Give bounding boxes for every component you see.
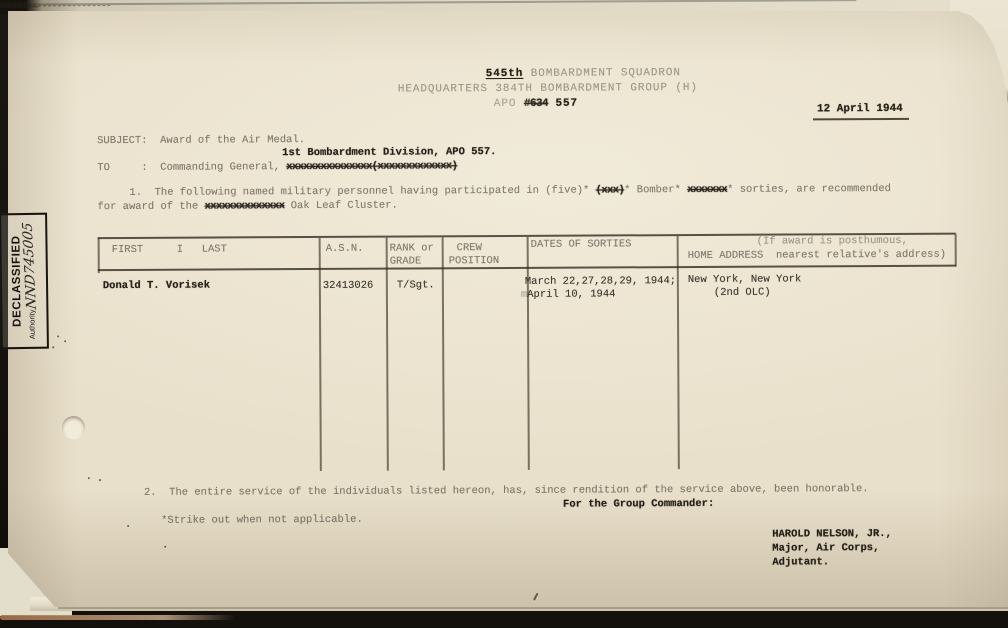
row-dates-2-line: mApril 10, 1944 xyxy=(521,288,616,301)
date-underline xyxy=(813,118,909,120)
for-commander-line: For the Group Commander: xyxy=(563,498,714,512)
col-header-crew-2: POSITION xyxy=(449,255,499,268)
apo-label: APO xyxy=(494,98,517,110)
declassified-stamp: DECLASSIFIED Authority NND745005 xyxy=(0,213,49,350)
division-insert-line: 1st Bombardment Division, APO 557. xyxy=(282,146,496,160)
apo-struck-number: #634 xyxy=(524,98,548,110)
col-header-home-2: HOME ADDRESS nearest relative's address) xyxy=(688,249,946,263)
paper-speck xyxy=(99,479,101,481)
col-header-initial: I xyxy=(177,244,183,257)
squadron-number: 545th xyxy=(486,68,524,80)
col-header-dates: DATES OF SORTIES xyxy=(531,238,632,252)
footnote-line: *Strike out when not applicable. xyxy=(161,514,363,528)
row-rank: T/Sgt. xyxy=(397,279,435,292)
squadron-line: 545th BOMBARDMENT SQUADRON xyxy=(486,67,681,81)
subject-line: SUBJECT: Award of the Air Medal. xyxy=(97,134,305,148)
date-line: 12 April 1944 xyxy=(817,103,903,116)
para1-line2-strikeout: xxxxxxxxxxxxxx xyxy=(205,200,285,212)
to-struck-text: xxxxxxxxxxxxxxx(xxxxxxxxxxxxx) xyxy=(286,160,457,173)
row-dates-overtype: m xyxy=(521,289,527,301)
col-header-first: FIRST xyxy=(112,244,144,257)
col-header-rank-2: GRADE xyxy=(390,255,422,268)
paper-speck xyxy=(57,335,59,337)
col-header-home-1: (If award is posthumous, xyxy=(757,235,908,249)
para1-text-1: 1. The following named military personne… xyxy=(129,185,595,199)
signature-title: Adjutant. xyxy=(772,556,829,569)
row-dates-2: April 10, 1944 xyxy=(527,288,615,300)
col-header-crew-1: CREW xyxy=(457,242,482,255)
paper-speck xyxy=(88,477,90,479)
row-name: Donald T. Vorisek xyxy=(103,280,210,294)
col-header-rank-1: RANK or xyxy=(390,242,434,255)
apo-line: APO #634 557 xyxy=(494,98,578,111)
paragraph-2: 2. The entire service of the individuals… xyxy=(144,483,869,500)
column-line-3 xyxy=(442,237,445,470)
row-asn: 32413026 xyxy=(323,280,373,293)
headquarters-line: HEADQUARTERS 384TH BOMBARDMENT GROUP (H) xyxy=(398,82,698,97)
para1-text-3: * sorties, are recommended xyxy=(727,183,891,196)
signature-rank: Major, Air Corps, xyxy=(772,542,879,556)
to-text: TO : Commanding General, xyxy=(97,161,286,174)
stamp-authority-line: Authority NND745005 xyxy=(23,223,38,340)
table-right-edge xyxy=(955,234,957,267)
to-line: TO : Commanding General, xxxxxxxxxxxxxxx… xyxy=(97,160,457,175)
column-line-2 xyxy=(386,238,389,471)
squadron-name-text: BOMBARDMENT SQUADRON xyxy=(531,67,681,80)
column-line-5 xyxy=(677,236,680,469)
pen-mark-slash xyxy=(533,593,538,601)
col-header-last: LAST xyxy=(202,243,227,256)
paragraph-1-line-2: for award of the xxxxxxxxxxxxxx Oak Leaf… xyxy=(97,200,397,215)
paper-speck xyxy=(164,546,166,548)
para1-line2-text-2: Oak Leaf Cluster. xyxy=(284,200,397,213)
stamp-authority-label: Authority xyxy=(27,310,36,340)
column-line-4 xyxy=(527,237,530,470)
column-line-1 xyxy=(319,238,322,471)
para1-strikeout-1: (xxx) xyxy=(596,184,625,196)
row-home-2: (2nd OLC) xyxy=(714,287,771,300)
paragraph-1-line-1: 1. The following named military personne… xyxy=(129,183,891,200)
para1-strikeout-2: xxxxxxx xyxy=(687,184,727,196)
table-left-edge xyxy=(98,238,100,273)
para1-text-2: * Bomber* xyxy=(624,184,687,196)
squadron-name xyxy=(523,68,531,80)
apo-number: 557 xyxy=(555,98,578,110)
paper-speck xyxy=(127,525,129,527)
stamp-authority-number: NND745005 xyxy=(22,222,39,310)
signature-name: HAROLD NELSON, JR., xyxy=(772,528,892,542)
paper-speck xyxy=(52,346,54,348)
paper-speck xyxy=(64,340,66,342)
row-dates-1: March 22,27,28,29, 1944; xyxy=(525,275,676,289)
typed-content: 545th BOMBARDMENT SQUADRON HEADQUARTERS … xyxy=(0,0,1008,628)
para1-line2-text-1: for award of the xyxy=(97,201,204,214)
document-photo: 545th BOMBARDMENT SQUADRON HEADQUARTERS … xyxy=(0,0,1008,628)
row-home-1: New York, New York xyxy=(688,273,801,287)
col-header-asn: A.S.N. xyxy=(326,243,364,256)
first-strike-line xyxy=(0,6,38,7)
